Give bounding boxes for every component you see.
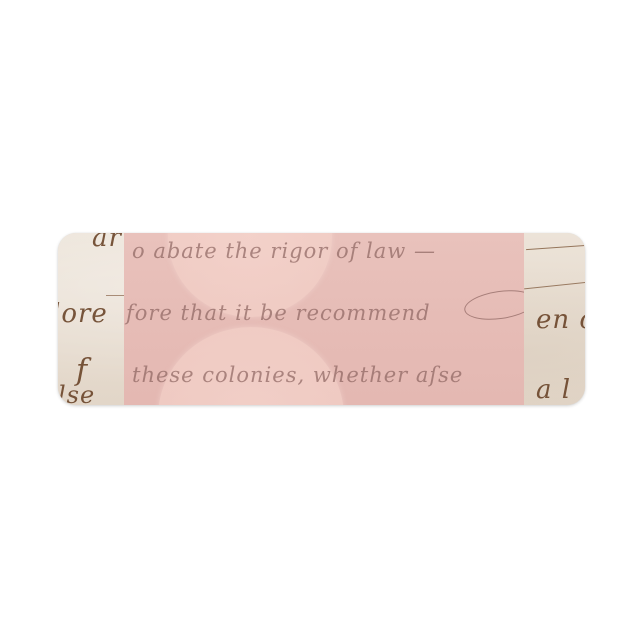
ink-swash-loop [462, 286, 524, 324]
script-fragment: lse [58, 381, 95, 405]
handwriting-line-2: fore that it be recommend [126, 301, 431, 325]
script-fragment: en c [536, 305, 585, 335]
script-fragment: lore [58, 299, 108, 329]
script-fragment: ar [92, 233, 122, 253]
handwriting-line-3: these colonies, whether aſse [132, 363, 463, 387]
pink-center-panel: o abate the rigor of law — fore that it … [124, 233, 524, 405]
script-fragment: a l [536, 375, 571, 405]
address-label: ar lore f lse en c a l o abate the rigor… [58, 233, 585, 405]
handwriting-line-1: o abate the rigor of law — [132, 239, 436, 263]
